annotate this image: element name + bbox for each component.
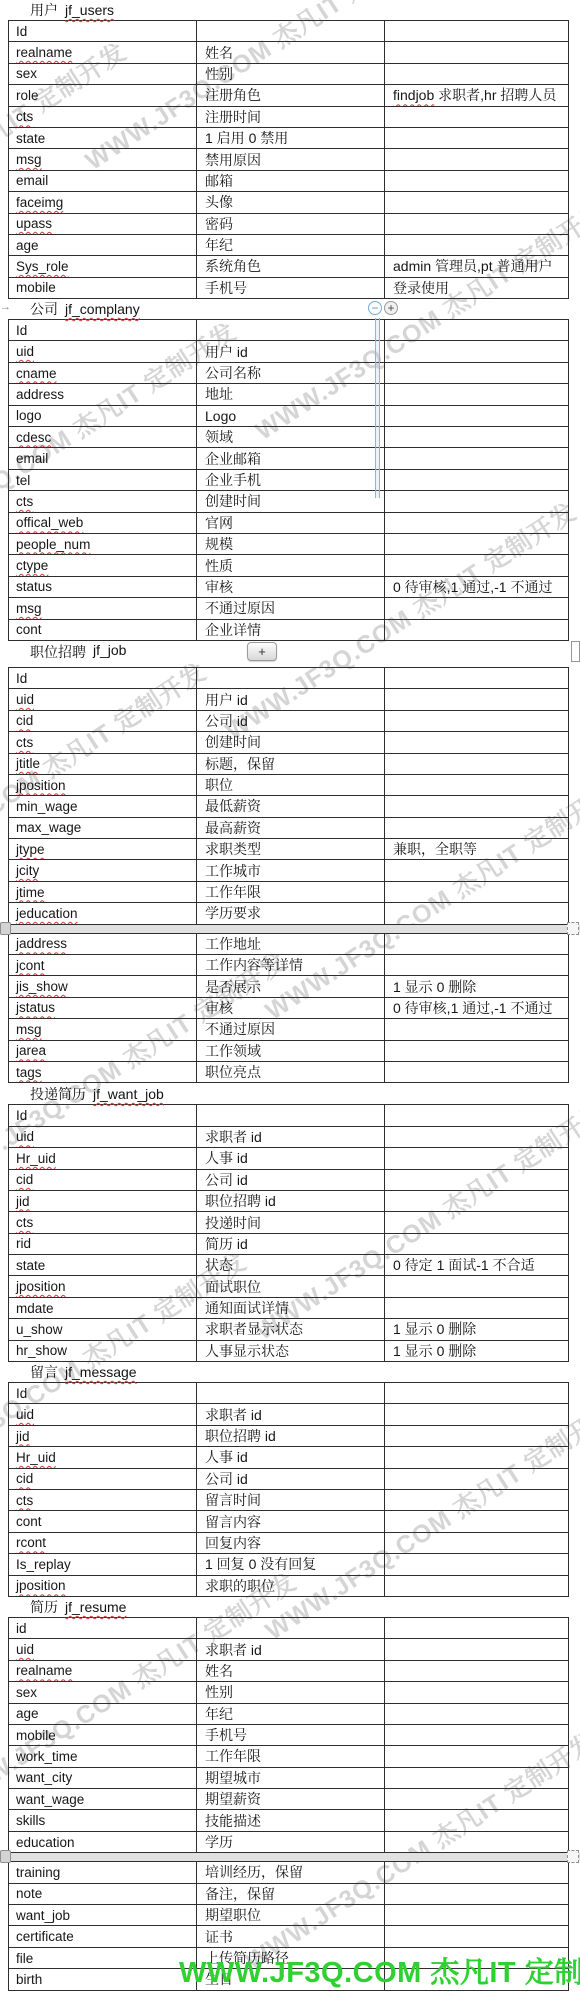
field-note-cell[interactable]: 1 显示 0 删除 (385, 1340, 569, 1361)
field-desc-cell[interactable]: 人事 id (197, 1148, 385, 1169)
field-note-cell[interactable] (385, 710, 569, 731)
table-row: jid职位招聘 id (9, 1425, 569, 1446)
field-note-cell[interactable]: 登录使用 (385, 277, 569, 298)
field-name-cell[interactable]: uid (9, 1126, 197, 1147)
field-name-cell[interactable]: jid (9, 1425, 197, 1446)
table-title-jf_message: 留言jf_message (0, 1362, 580, 1382)
field-desc-cell[interactable]: 领域 (197, 427, 385, 448)
field-name-cell[interactable]: mobile (9, 1724, 197, 1745)
field-desc-cell[interactable]: 公司 id (197, 1468, 385, 1489)
field-desc-cell[interactable]: 不通过原因 (197, 1019, 385, 1040)
field-name-cell[interactable]: realname (9, 1660, 197, 1681)
field-name-cell[interactable]: id (9, 1617, 197, 1638)
table-title-cn: 职位招聘 (30, 642, 86, 662)
field-note-cell[interactable] (385, 341, 569, 362)
field-name-cell[interactable]: uid (9, 1639, 197, 1660)
field-name-cell[interactable]: jarea (9, 1040, 197, 1061)
split-handle-left[interactable] (0, 1850, 11, 1863)
field-desc-cell[interactable]: 不通过原因 (197, 598, 385, 619)
field-name-cell[interactable]: cts (9, 106, 197, 127)
field-desc-cell[interactable]: 期望薪资 (197, 1789, 385, 1810)
field-name-cell[interactable]: cts (9, 1490, 197, 1511)
field-note-cell[interactable] (385, 1639, 569, 1660)
field-name-cell[interactable]: work_time (9, 1746, 197, 1767)
field-name-cell[interactable]: address (9, 384, 197, 405)
field-desc-cell[interactable] (197, 1383, 385, 1404)
field-note-cell[interactable]: findjob 求职者,hr 招聘人员 (385, 85, 569, 106)
field-note-cell[interactable] (385, 1532, 569, 1553)
field-note-cell[interactable]: 兼职，全职等 (385, 839, 569, 860)
field-name-cell[interactable]: cid (9, 1169, 197, 1190)
field-note-cell[interactable] (385, 1297, 569, 1318)
field-name-cell[interactable]: jtype (9, 839, 197, 860)
field-name-cell[interactable]: jcont (9, 955, 197, 976)
field-desc-cell[interactable]: 手机号 (197, 1724, 385, 1745)
field-note-cell[interactable]: admin 管理员,pt 普通用户 (385, 256, 569, 277)
field-note-cell[interactable] (385, 689, 569, 710)
field-name-cell[interactable]: age (9, 234, 197, 255)
field-note-cell[interactable] (385, 933, 569, 954)
field-desc-cell[interactable]: 求职的职位 (197, 1575, 385, 1596)
field-name-cell[interactable]: want_job (9, 1905, 197, 1926)
table-title-en: jf_message (65, 1364, 137, 1380)
split-handle-right[interactable] (567, 1850, 579, 1863)
field-desc-cell[interactable]: 求职者 id (197, 1126, 385, 1147)
field-name-cell[interactable]: training (9, 1862, 197, 1883)
field-desc-cell[interactable]: 学历要求 (197, 903, 385, 924)
field-desc-cell[interactable]: 最高薪资 (197, 817, 385, 838)
field-desc-cell[interactable]: 注册时间 (197, 106, 385, 127)
field-note-cell[interactable]: 1 显示 0 删除 (385, 976, 569, 997)
field-name-cell[interactable]: jtime (9, 881, 197, 902)
field-name-cell[interactable]: file (9, 1947, 197, 1968)
field-desc-cell[interactable]: 回复内容 (197, 1532, 385, 1553)
field-name-cell[interactable]: email (9, 170, 197, 191)
field-note-cell[interactable] (385, 903, 569, 924)
field-name-cell[interactable]: Sys_role (9, 256, 197, 277)
field-name-cell[interactable]: certificate (9, 1926, 197, 1947)
field-name-cell[interactable]: u_show (9, 1319, 197, 1340)
field-note-cell[interactable] (385, 1724, 569, 1745)
table-row: uid求职者 id (9, 1639, 569, 1660)
field-name-cell[interactable]: upass (9, 213, 197, 234)
scroll-anchor-icon: → (0, 301, 11, 313)
field-note-cell[interactable] (385, 881, 569, 902)
field-desc-cell[interactable]: 1 回复 0 没有回复 (197, 1554, 385, 1575)
table-row: realname姓名 (9, 42, 569, 63)
field-name-cell[interactable]: cts (9, 732, 197, 753)
field-note-cell[interactable] (385, 1746, 569, 1767)
field-note-cell[interactable] (385, 1468, 569, 1489)
field-note-cell[interactable] (385, 1190, 569, 1211)
field-name-cell[interactable]: status (9, 576, 197, 597)
field-desc-cell[interactable]: 公司 id (197, 1169, 385, 1190)
field-note-cell[interactable] (385, 320, 569, 341)
field-name-cell[interactable]: Id (9, 667, 197, 688)
field-desc-cell[interactable]: 工作年限 (197, 1746, 385, 1767)
field-note-cell[interactable] (385, 667, 569, 688)
field-desc-cell[interactable]: 求职者 id (197, 1639, 385, 1660)
field-note-cell[interactable] (385, 448, 569, 469)
field-name-cell[interactable]: jid (9, 1190, 197, 1211)
field-name-cell[interactable]: jeducation (9, 903, 197, 924)
field-name-cell[interactable]: msg (9, 598, 197, 619)
table-row: uid求职者 id (9, 1404, 569, 1425)
field-note-cell[interactable] (385, 1019, 569, 1040)
field-note-cell[interactable]: 1 显示 0 删除 (385, 1319, 569, 1340)
field-desc-cell[interactable]: 密码 (197, 213, 385, 234)
field-desc-cell[interactable]: 人事显示状态 (197, 1340, 385, 1361)
field-name-cell[interactable]: people_num (9, 533, 197, 554)
expand-plus-button[interactable]: + (384, 301, 398, 315)
field-note-cell[interactable] (385, 1447, 569, 1468)
field-desc-cell[interactable]: 禁用原因 (197, 149, 385, 170)
field-desc-cell[interactable]: 审核 (197, 997, 385, 1018)
field-note-cell[interactable] (385, 1404, 569, 1425)
field-name-cell[interactable]: state (9, 127, 197, 148)
field-desc-cell[interactable]: 创建时间 (197, 491, 385, 512)
field-desc-cell[interactable]: 证书 (197, 1926, 385, 1947)
field-note-cell[interactable] (385, 955, 569, 976)
field-desc-cell[interactable]: 人事 id (197, 1447, 385, 1468)
field-desc-cell[interactable]: 工作地址 (197, 933, 385, 954)
field-name-cell[interactable]: jaddress (9, 933, 197, 954)
field-desc-cell[interactable]: 工作年限 (197, 881, 385, 902)
field-name-cell[interactable]: offical_web (9, 512, 197, 533)
field-name-cell[interactable]: rid (9, 1233, 197, 1254)
field-name-cell[interactable]: note (9, 1883, 197, 1904)
field-desc-cell[interactable]: 官网 (197, 512, 385, 533)
field-name-cell[interactable]: sex (9, 1682, 197, 1703)
field-desc-cell[interactable]: 留言内容 (197, 1511, 385, 1532)
field-desc-cell[interactable]: 性别 (197, 63, 385, 84)
schema-document: 用户jf_usersIdrealname姓名sex性别role注册角色findj… (0, 0, 580, 1991)
field-name-cell[interactable]: Is_replay (9, 1554, 197, 1575)
field-desc-cell[interactable]: 创建时间 (197, 732, 385, 753)
field-note-cell[interactable] (385, 1926, 569, 1947)
field-note-cell[interactable]: 0 待定 1 面试-1 不合适 (385, 1255, 569, 1276)
field-name-cell[interactable]: max_wage (9, 817, 197, 838)
field-note-cell[interactable] (385, 384, 569, 405)
field-note-cell[interactable] (385, 796, 569, 817)
field-note-cell[interactable] (385, 21, 569, 42)
field-note-cell[interactable] (385, 1169, 569, 1190)
add-row-button[interactable]: + (247, 642, 277, 661)
field-desc-cell[interactable]: 留言时间 (197, 1490, 385, 1511)
field-note-cell[interactable] (385, 1905, 569, 1926)
field-desc-cell[interactable]: 规模 (197, 533, 385, 554)
schema-table-jf_resume-a: iduid求职者 idrealname姓名sex性别age年纪mobile手机号… (8, 1617, 569, 1853)
right-edge-handle[interactable] (571, 641, 580, 662)
field-name-cell[interactable]: Id (9, 320, 197, 341)
field-name-cell[interactable]: jtitle (9, 753, 197, 774)
field-desc-cell[interactable]: 学历 (197, 1831, 385, 1852)
field-desc-cell[interactable] (197, 21, 385, 42)
field-name-cell[interactable]: msg (9, 1019, 197, 1040)
field-note-cell[interactable]: 0 待审核,1 通过,-1 不通过 (385, 997, 569, 1018)
field-desc-cell[interactable]: 手机号 (197, 277, 385, 298)
table-title-en: jf_complany (65, 301, 140, 317)
field-note-cell[interactable] (385, 213, 569, 234)
field-desc-cell[interactable]: 性别 (197, 1682, 385, 1703)
field-name-cell[interactable]: birth (9, 1969, 197, 1990)
collapse-minus-button[interactable]: − (368, 301, 382, 315)
field-note-cell[interactable] (385, 1810, 569, 1831)
field-desc-cell[interactable]: 职位 (197, 774, 385, 795)
field-name-cell[interactable]: jposition (9, 1575, 197, 1596)
field-note-cell[interactable] (385, 1511, 569, 1532)
field-desc-cell[interactable]: 通知面试详情 (197, 1297, 385, 1318)
field-name-cell[interactable]: ctype (9, 555, 197, 576)
field-name-cell[interactable]: email (9, 448, 197, 469)
field-note-cell[interactable] (385, 1425, 569, 1446)
field-desc-cell[interactable]: 工作领域 (197, 1040, 385, 1061)
field-desc-cell[interactable] (197, 320, 385, 341)
field-desc-cell[interactable]: 简历 id (197, 1233, 385, 1254)
table-title-cn: 用户 (30, 0, 58, 20)
field-desc-cell[interactable]: 职位亮点 (197, 1061, 385, 1082)
field-desc-cell[interactable]: 公司 id (197, 710, 385, 731)
field-note-cell[interactable] (385, 555, 569, 576)
table-title-en: jf_users (65, 2, 114, 18)
field-note-cell[interactable] (385, 1276, 569, 1297)
field-name-cell[interactable]: cname (9, 362, 197, 383)
field-note-cell[interactable] (385, 598, 569, 619)
field-name-cell[interactable]: rcont (9, 1532, 197, 1553)
field-desc-cell[interactable]: 企业邮箱 (197, 448, 385, 469)
field-note-cell[interactable] (385, 732, 569, 753)
split-handle-left[interactable] (0, 922, 11, 935)
field-name-cell[interactable]: cont (9, 1511, 197, 1532)
field-note-cell[interactable] (385, 1061, 569, 1082)
field-desc-cell[interactable]: 求职者 id (197, 1404, 385, 1425)
field-desc-cell[interactable]: Logo (197, 405, 385, 426)
field-name-cell[interactable]: hr_show (9, 1340, 197, 1361)
field-note-cell[interactable] (385, 1126, 569, 1147)
field-name-cell[interactable]: Id (9, 21, 197, 42)
field-name-cell[interactable]: jstatus (9, 997, 197, 1018)
field-name-cell[interactable]: jposition (9, 774, 197, 795)
field-name-cell[interactable]: sex (9, 63, 197, 84)
field-desc-cell[interactable]: 企业详情 (197, 619, 385, 640)
field-note-cell[interactable] (385, 1233, 569, 1254)
field-note-cell[interactable] (385, 1703, 569, 1724)
field-name-cell[interactable]: want_wage (9, 1789, 197, 1810)
field-note-cell[interactable] (385, 817, 569, 838)
field-name-cell[interactable]: uid (9, 689, 197, 710)
field-note-cell[interactable] (385, 1212, 569, 1233)
field-name-cell[interactable]: Hr_uid (9, 1447, 197, 1468)
field-desc-cell[interactable] (197, 667, 385, 688)
field-note-cell[interactable] (385, 1862, 569, 1883)
collapse-control-group: −+ (368, 301, 398, 315)
field-note-cell[interactable] (385, 1660, 569, 1681)
table-title-jf_users: 用户jf_users (0, 0, 580, 20)
field-note-cell[interactable] (385, 106, 569, 127)
column-guide-line (375, 318, 380, 498)
field-desc-cell[interactable]: 是否展示 (197, 976, 385, 997)
table-row: Id (9, 1383, 569, 1404)
split-handle-right[interactable] (567, 922, 579, 935)
table-row: hr_show人事显示状态1 显示 0 删除 (9, 1340, 569, 1361)
field-name-cell[interactable]: logo (9, 405, 197, 426)
field-note-cell[interactable] (385, 1148, 569, 1169)
field-desc-cell[interactable]: 地址 (197, 384, 385, 405)
field-name-cell[interactable]: Hr_uid (9, 1148, 197, 1169)
field-name-cell[interactable]: min_wage (9, 796, 197, 817)
field-desc-cell[interactable]: 姓名 (197, 1660, 385, 1681)
field-desc-cell[interactable]: 职位招聘 id (197, 1190, 385, 1211)
field-desc-cell[interactable]: 系统角色 (197, 256, 385, 277)
field-note-cell[interactable] (385, 469, 569, 490)
field-note-cell[interactable] (385, 1383, 569, 1404)
field-desc-cell[interactable]: 性质 (197, 555, 385, 576)
field-note-cell[interactable] (385, 860, 569, 881)
field-note-cell[interactable]: 0 待审核,1 通过,-1 不通过 (385, 576, 569, 597)
field-note-cell[interactable] (385, 63, 569, 84)
field-name-cell[interactable]: uid (9, 1404, 197, 1425)
field-name-cell[interactable]: realname (9, 42, 197, 63)
field-name-cell[interactable]: uid (9, 341, 197, 362)
field-desc-cell[interactable]: 期望城市 (197, 1767, 385, 1788)
field-desc-cell[interactable]: 培训经历，保留 (197, 1862, 385, 1883)
field-desc-cell[interactable] (197, 1617, 385, 1638)
schema-table-jf_message: Iduid求职者 idjid职位招聘 idHr_uid人事 idcid公司 id… (8, 1382, 569, 1597)
table-row: want_job期望职位 (9, 1905, 569, 1926)
field-note-cell[interactable] (385, 427, 569, 448)
table-row: cname公司名称 (9, 362, 569, 383)
field-desc-cell[interactable]: 1 启用 0 禁用 (197, 127, 385, 148)
field-note-cell[interactable] (385, 1767, 569, 1788)
field-desc-cell[interactable]: 工作城市 (197, 860, 385, 881)
table-row: cdesc领域 (9, 427, 569, 448)
table-title-jf_job: 职位招聘jf_job+ (0, 641, 580, 667)
table-row: Id (9, 21, 569, 42)
field-name-cell[interactable]: cts (9, 1212, 197, 1233)
field-note-cell[interactable] (385, 362, 569, 383)
field-desc-cell[interactable]: 投递时间 (197, 1212, 385, 1233)
field-name-cell[interactable]: cid (9, 1468, 197, 1489)
field-desc-cell[interactable]: 备注，保留 (197, 1883, 385, 1904)
field-note-cell[interactable] (385, 1831, 569, 1852)
field-name-cell[interactable]: tags (9, 1061, 197, 1082)
table-row: jarea工作领域 (9, 1040, 569, 1061)
field-desc-cell[interactable]: 求职者显示状态 (197, 1319, 385, 1340)
field-note-cell[interactable] (385, 234, 569, 255)
field-name-cell[interactable]: Id (9, 1105, 197, 1126)
schema-table-jf_job-a: Iduid用户 idcid公司 idcts创建时间jtitle标题，保留jpos… (8, 667, 569, 925)
field-name-cell[interactable]: jis_show (9, 976, 197, 997)
field-note-cell[interactable] (385, 1490, 569, 1511)
field-name-cell[interactable]: cont (9, 619, 197, 640)
field-name-cell[interactable]: jposition (9, 1276, 197, 1297)
field-desc-cell[interactable]: 用户 id (197, 689, 385, 710)
field-note-cell[interactable] (385, 1789, 569, 1810)
field-desc-cell[interactable]: 公司名称 (197, 362, 385, 383)
field-name-cell[interactable]: jcity (9, 860, 197, 881)
field-note-cell[interactable] (385, 192, 569, 213)
field-name-cell[interactable]: role (9, 85, 197, 106)
field-desc-cell[interactable]: 企业手机 (197, 469, 385, 490)
field-desc-cell[interactable]: 头像 (197, 192, 385, 213)
table-row: tel企业手机 (9, 469, 569, 490)
table-row: jcity工作城市 (9, 860, 569, 881)
field-name-cell[interactable]: skills (9, 1810, 197, 1831)
field-desc-cell[interactable]: 年纪 (197, 234, 385, 255)
field-desc-cell[interactable]: 姓名 (197, 42, 385, 63)
field-name-cell[interactable]: mobile (9, 277, 197, 298)
schema-table-jf_job-b: jaddress工作地址jcont工作内容等详情jis_show是否展示1 显示… (8, 933, 569, 1084)
field-name-cell[interactable]: want_city (9, 1767, 197, 1788)
field-name-cell[interactable]: Id (9, 1383, 197, 1404)
field-note-cell[interactable] (385, 1682, 569, 1703)
field-note-cell[interactable] (385, 1554, 569, 1575)
field-name-cell[interactable]: education (9, 1831, 197, 1852)
table-row: offical_web官网 (9, 512, 569, 533)
field-note-cell[interactable] (385, 512, 569, 533)
field-note-cell[interactable] (385, 1617, 569, 1638)
field-note-cell[interactable] (385, 1883, 569, 1904)
field-name-cell[interactable]: age (9, 1703, 197, 1724)
field-note-cell[interactable] (385, 1040, 569, 1061)
field-name-cell[interactable]: cdesc (9, 427, 197, 448)
field-name-cell[interactable]: tel (9, 469, 197, 490)
field-desc-cell[interactable]: 技能描述 (197, 1810, 385, 1831)
field-note-cell[interactable] (385, 170, 569, 191)
field-desc-cell[interactable]: 面试职位 (197, 1276, 385, 1297)
field-desc-cell[interactable]: 最低薪资 (197, 796, 385, 817)
field-note-cell[interactable] (385, 533, 569, 554)
field-note-cell[interactable] (385, 1105, 569, 1126)
field-desc-cell[interactable]: 邮箱 (197, 170, 385, 191)
table-row: uid用户 id (9, 689, 569, 710)
field-desc-cell[interactable]: 用户 id (197, 341, 385, 362)
field-name-cell[interactable]: msg (9, 149, 197, 170)
field-desc-cell[interactable]: 工作内容等详情 (197, 955, 385, 976)
table-row: cts创建时间 (9, 732, 569, 753)
field-note-cell[interactable] (385, 619, 569, 640)
field-desc-cell[interactable]: 年纪 (197, 1703, 385, 1724)
field-name-cell[interactable]: state (9, 1255, 197, 1276)
field-note-cell[interactable] (385, 405, 569, 426)
field-name-cell[interactable]: cid (9, 710, 197, 731)
table-row: cts注册时间 (9, 106, 569, 127)
field-note-cell[interactable] (385, 149, 569, 170)
field-name-cell[interactable]: faceimg (9, 192, 197, 213)
field-desc-cell[interactable]: 状态 (197, 1255, 385, 1276)
field-note-cell[interactable] (385, 774, 569, 795)
table-title-en: jf_resume (65, 1599, 126, 1615)
field-desc-cell[interactable]: 标题，保留 (197, 753, 385, 774)
table-row: jaddress工作地址 (9, 933, 569, 954)
field-note-cell[interactable] (385, 753, 569, 774)
table-row: msg不通过原因 (9, 598, 569, 619)
field-desc-cell[interactable]: 期望职位 (197, 1905, 385, 1926)
field-note-cell[interactable] (385, 127, 569, 148)
field-note-cell[interactable] (385, 42, 569, 63)
field-note-cell[interactable] (385, 1575, 569, 1596)
field-name-cell[interactable]: mdate (9, 1297, 197, 1318)
field-desc-cell[interactable]: 求职类型 (197, 839, 385, 860)
table-row: tags职位亮点 (9, 1061, 569, 1082)
field-desc-cell[interactable]: 注册角色 (197, 85, 385, 106)
field-desc-cell[interactable]: 审核 (197, 576, 385, 597)
field-name-cell[interactable]: cts (9, 491, 197, 512)
field-note-cell[interactable] (385, 491, 569, 512)
field-desc-cell[interactable] (197, 1105, 385, 1126)
schema-table-jf_users: Idrealname姓名sex性别role注册角色findjob 求职者,hr … (8, 20, 569, 299)
field-desc-cell[interactable]: 职位招聘 id (197, 1425, 385, 1446)
